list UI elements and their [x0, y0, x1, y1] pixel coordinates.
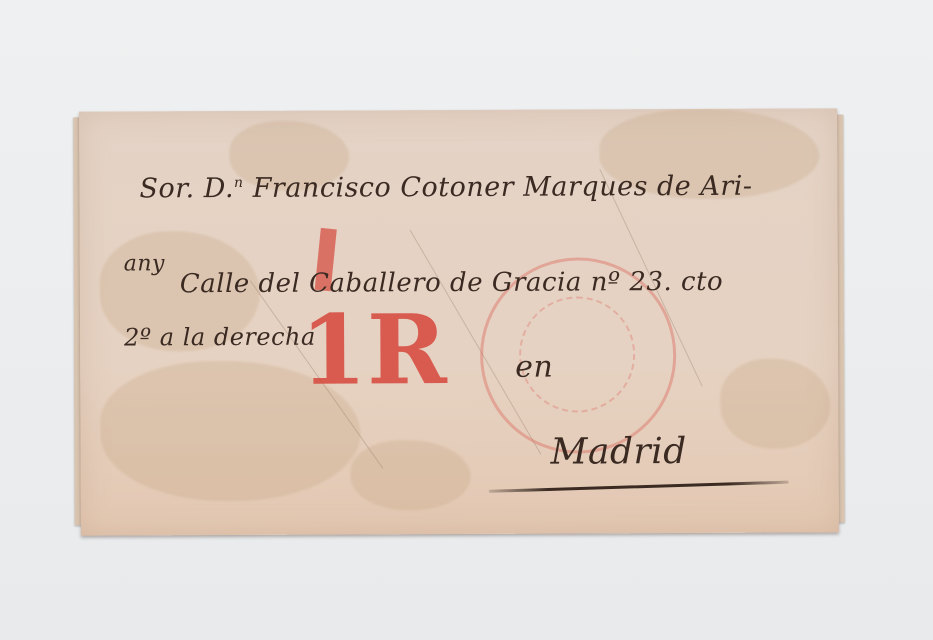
address-name: Francisco Cotoner Marques de Ari- — [244, 171, 753, 204]
photo-background: 1R Sor. D.n Francisco Cotoner Marques de… — [0, 0, 933, 640]
water-stain — [720, 358, 830, 448]
city-underline — [489, 481, 789, 493]
address-line-3: 2º a la derecha — [124, 323, 316, 352]
address-city: Madrid — [550, 431, 686, 473]
address-superscript: n — [234, 175, 244, 191]
address-preposition: en — [515, 350, 553, 385]
water-stain — [351, 440, 471, 511]
address-line-2-prefix: any — [124, 251, 165, 276]
rate-mark: 1R — [300, 302, 447, 399]
address-salutation: Sor. D. — [139, 173, 234, 204]
address-line-1: Sor. D.n Francisco Cotoner Marques de Ar… — [139, 171, 752, 205]
address-line-2: Calle del Caballero de Gracia nº 23. cto — [180, 267, 723, 299]
folded-letter: 1R Sor. D.n Francisco Cotoner Marques de… — [79, 108, 839, 535]
